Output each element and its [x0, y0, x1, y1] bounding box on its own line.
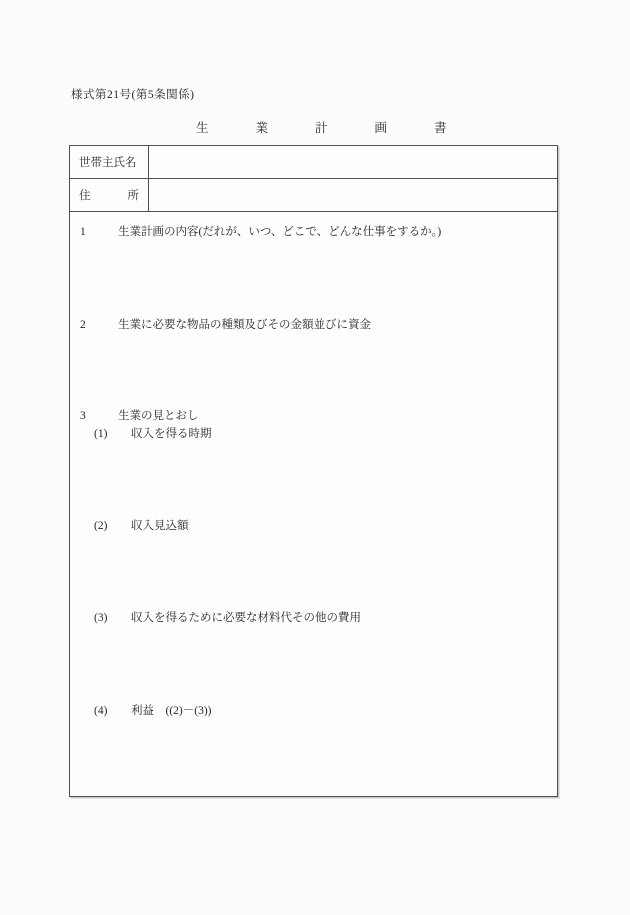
form-outline: 世帯主氏名 住 所 1 生業計画の内容(だれが、いつ、どこで、どんな仕事をするか…	[69, 145, 558, 797]
section-2-number: 2	[80, 318, 118, 333]
section-2-heading: 2 生業に必要な物品の種類及びその金額並びに資金	[70, 318, 557, 333]
household-head-name-label-text: 世帯主氏名	[79, 154, 137, 170]
address-label-right: 所	[128, 187, 140, 203]
subsection-1-text: 収入を得る時期	[131, 427, 212, 442]
household-head-name-label: 世帯主氏名	[70, 146, 149, 178]
table-row-household-head: 世帯主氏名	[70, 146, 557, 179]
subsection-1-heading: (1) 収入を得る時期	[70, 427, 557, 442]
address-field[interactable]	[149, 179, 557, 211]
subsection-2-heading: (2) 収入見込額	[70, 519, 557, 534]
subsection-3-text: 収入を得るために必要な材料代その他の費用	[131, 611, 361, 626]
subsection-1-number: (1)	[94, 427, 131, 442]
document-title: 生業計画書	[196, 118, 494, 136]
household-head-name-field[interactable]	[149, 146, 557, 178]
section-3-heading: 3 生業の見とおし	[70, 409, 557, 424]
document-page: 様式第21号(第5条関係) 生業計画書 世帯主氏名 住 所 1 生業計画の内容(…	[0, 0, 630, 915]
section-1-text: 生業計画の内容(だれが、いつ、どこで、どんな仕事をするか。)	[118, 225, 441, 240]
plan-content-area[interactable]: 1 生業計画の内容(だれが、いつ、どこで、どんな仕事をするか。) 2 生業に必要…	[70, 212, 557, 796]
subsection-3-heading: (3) 収入を得るために必要な材料代その他の費用	[70, 611, 557, 626]
subsection-3-number: (3)	[94, 611, 131, 626]
address-label: 住 所	[70, 179, 149, 211]
subsection-2-number: (2)	[94, 519, 131, 534]
section-3-number: 3	[80, 409, 118, 424]
subsection-4-text: 利益 ((2)－(3))	[131, 704, 211, 719]
section-1-heading: 1 生業計画の内容(だれが、いつ、どこで、どんな仕事をするか。)	[70, 225, 557, 240]
section-3-text: 生業の見とおし	[118, 409, 199, 424]
table-row-address: 住 所	[70, 179, 557, 212]
subsection-4-heading: (4) 利益 ((2)－(3))	[70, 704, 557, 719]
subsection-4-number: (4)	[94, 704, 131, 719]
address-label-left: 住	[79, 187, 91, 203]
subsection-2-text: 収入見込額	[131, 519, 189, 534]
section-1-number: 1	[80, 225, 118, 240]
section-2-text: 生業に必要な物品の種類及びその金額並びに資金	[118, 318, 371, 333]
form-number: 様式第21号(第5条関係)	[71, 86, 194, 102]
